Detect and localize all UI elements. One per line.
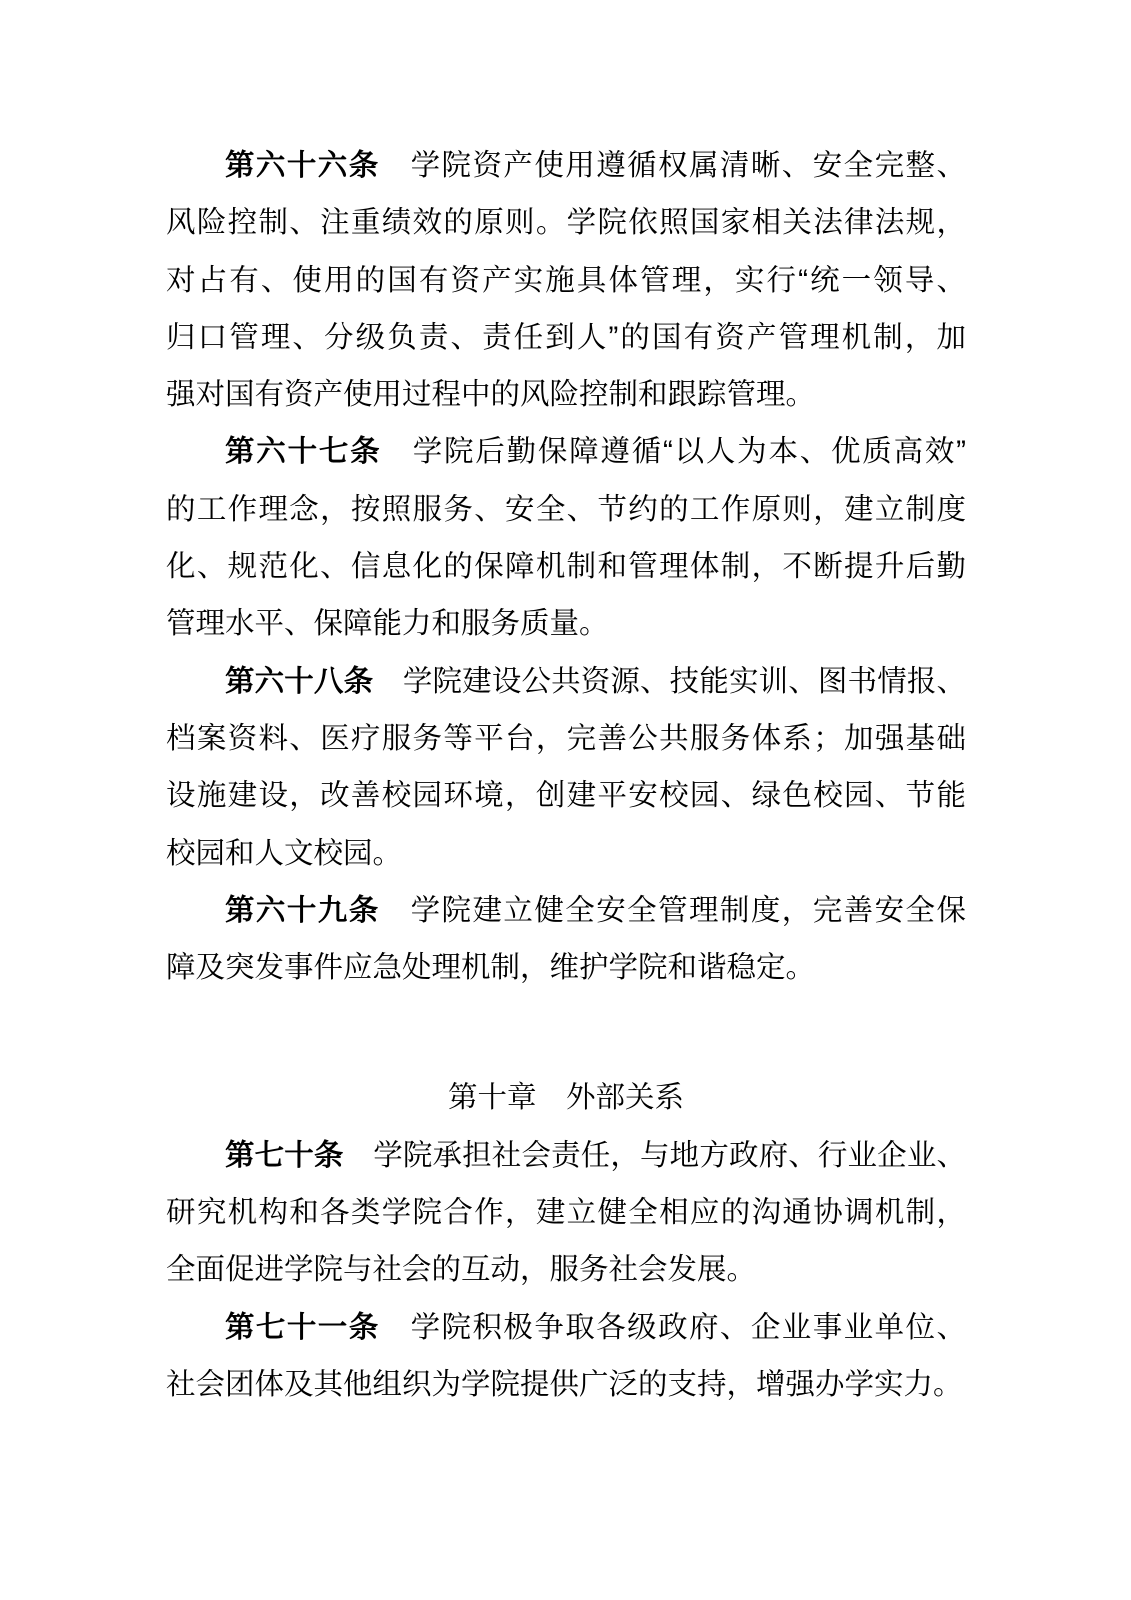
article-line: 设施建设，改善校园环境，创建平安校园、绿色校园、节能 xyxy=(166,767,966,824)
article-line: 化、规范化、信息化的保障机制和管理体制，不断提升后勤 xyxy=(166,538,966,595)
article-text: 学院建设公共资源、技能实训、图书情报、 xyxy=(403,665,966,698)
article-number: 第六十九条 xyxy=(225,894,380,927)
article-number: 第六十八条 xyxy=(225,665,373,698)
article-number: 第七十条 xyxy=(225,1139,344,1172)
article-first-line: 第六十九条 学院建立健全安全管理制度，完善安全保 xyxy=(166,882,966,939)
article-line: 管理水平、保障能力和服务质量。 xyxy=(166,595,966,652)
document-body: 第六十六条 学院资产使用遵循权属清晰、安全完整、风险控制、注重绩效的原则。学院依… xyxy=(166,137,966,1413)
article-text: 学院建立健全安全管理制度，完善安全保 xyxy=(411,894,966,927)
article-line: 社会团体及其他组织为学院提供广泛的支持，增强办学实力。 xyxy=(166,1356,966,1413)
article-first-line: 第六十六条 学院资产使用遵循权属清晰、安全完整、 xyxy=(166,137,966,194)
article-line: 归口管理、分级负责、责任到人”的国有资产管理机制，加 xyxy=(166,309,966,366)
article-first-line: 第七十一条 学院积极争取各级政府、企业事业单位、 xyxy=(166,1299,966,1356)
article-line: 强对国有资产使用过程中的风险控制和跟踪管理。 xyxy=(166,366,966,423)
article-text: 学院后勤保障遵循“以人为本、优质高效” xyxy=(413,435,966,468)
article-line: 全面促进学院与社会的互动，服务社会发展。 xyxy=(166,1241,966,1298)
article-first-line: 第七十条 学院承担社会责任，与地方政府、行业企业、 xyxy=(166,1127,966,1184)
article-line: 障及突发事件应急处理机制，维护学院和谐稳定。 xyxy=(166,939,966,996)
article-line: 研究机构和各类学院合作，建立健全相应的沟通协调机制， xyxy=(166,1184,966,1241)
article-first-line: 第六十七条 学院后勤保障遵循“以人为本、优质高效” xyxy=(166,423,966,480)
article-line: 风险控制、注重绩效的原则。学院依照国家相关法律法规， xyxy=(166,194,966,251)
article-text: 学院资产使用遵循权属清晰、安全完整、 xyxy=(411,149,966,182)
article-line: 对占有、使用的国有资产实施具体管理，实行“统一领导、 xyxy=(166,252,966,309)
document-page: 第六十六条 学院资产使用遵循权属清晰、安全完整、风险控制、注重绩效的原则。学院依… xyxy=(0,0,1131,1600)
article-first-line: 第六十八条 学院建设公共资源、技能实训、图书情报、 xyxy=(166,653,966,710)
article-line: 档案资料、医疗服务等平台，完善公共服务体系；加强基础 xyxy=(166,710,966,767)
article-line: 校园和人文校园。 xyxy=(166,825,966,882)
article-text: 学院承担社会责任，与地方政府、行业企业、 xyxy=(373,1139,966,1172)
article-number: 第六十七条 xyxy=(225,435,381,468)
article-number: 第七十一条 xyxy=(225,1311,380,1344)
article-text: 学院积极争取各级政府、企业事业单位、 xyxy=(411,1311,966,1344)
article-line: 的工作理念，按照服务、安全、节约的工作原则，建立制度 xyxy=(166,481,966,538)
chapter-heading: 第十章 外部关系 xyxy=(166,1069,966,1126)
article-number: 第六十六条 xyxy=(225,149,380,182)
